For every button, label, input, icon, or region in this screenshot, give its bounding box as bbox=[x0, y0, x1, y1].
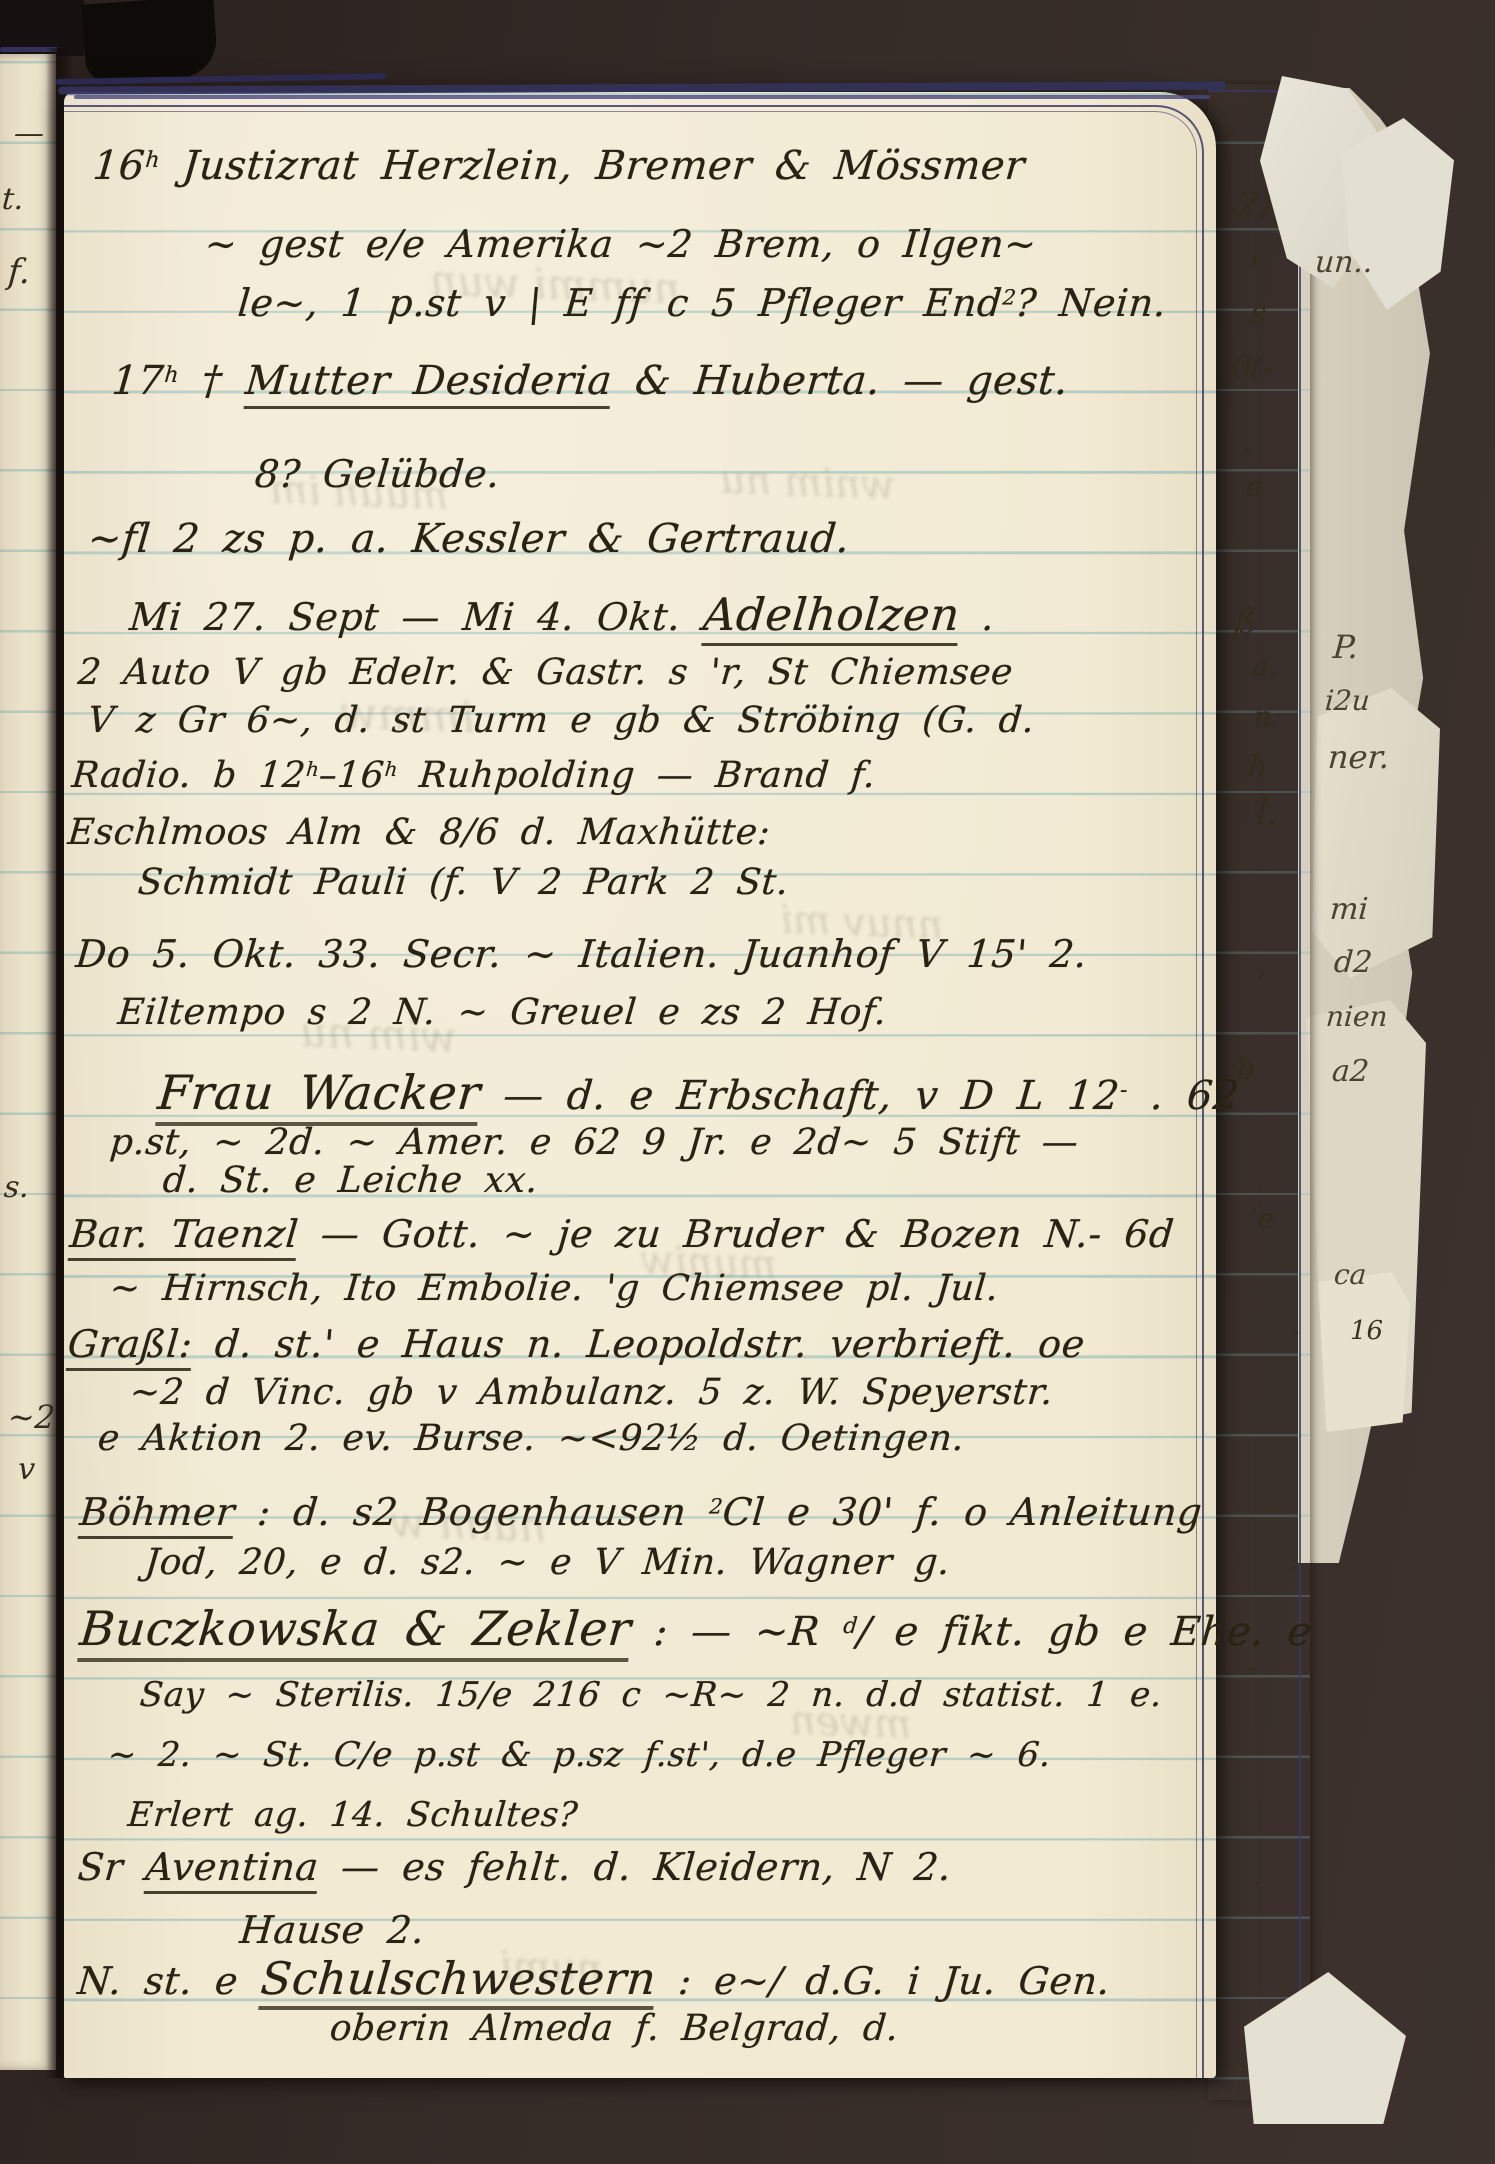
page-edge-stripe bbox=[74, 95, 1210, 99]
binding-shadow bbox=[81, 0, 218, 85]
page-frame-line bbox=[1208, 90, 1301, 2100]
photo-backdrop: 16 nummi wunmuun imwnim nuimmwnnuv miwim… bbox=[0, 0, 1495, 2164]
page-edge-strip-mid bbox=[1208, 84, 1310, 2100]
torn-paper-flap bbox=[1312, 688, 1440, 978]
page-frame-line-inner bbox=[64, 111, 1197, 2078]
page-tab: 16 bbox=[1318, 1272, 1410, 1432]
page-tab-label: 16 bbox=[1350, 1316, 1383, 1346]
diary-page bbox=[64, 92, 1216, 2078]
